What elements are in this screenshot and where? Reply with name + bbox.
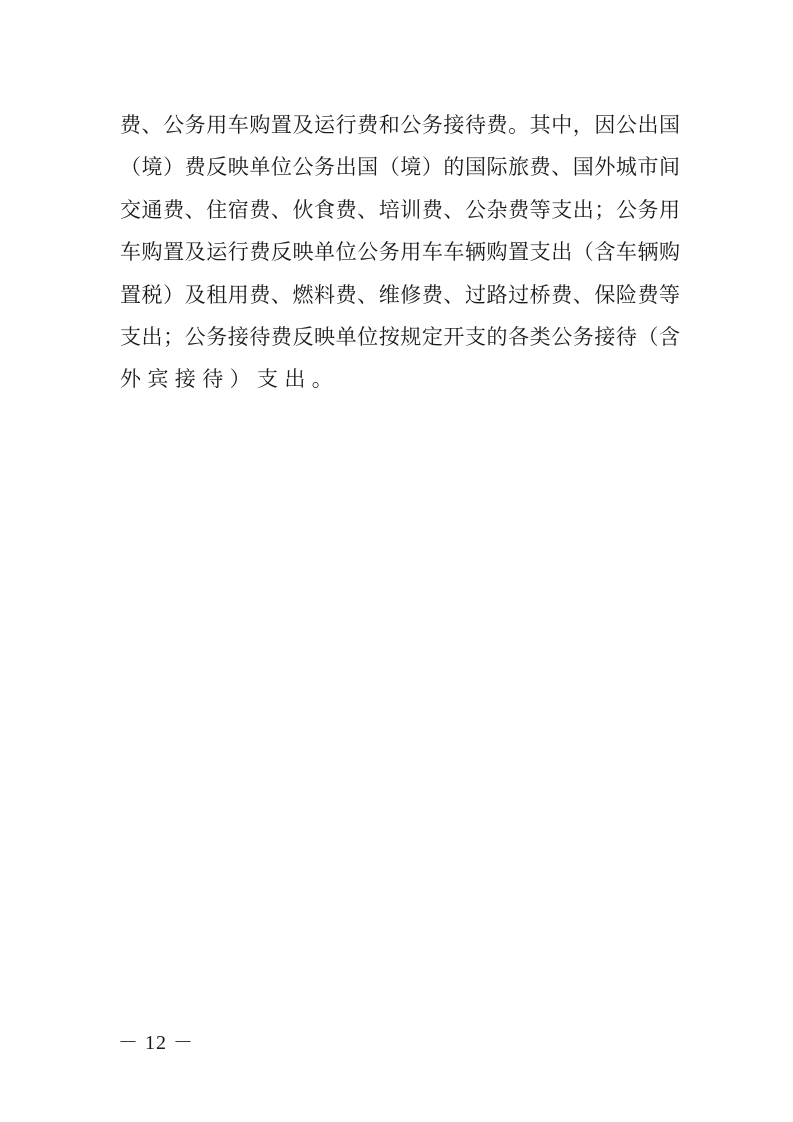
body-paragraph: 费、公务用车购置及运行费和公务接待费。其中，因公出国 （境）费反映单位公务出国（… — [120, 104, 680, 401]
paragraph-line: （境）费反映单位公务出国（境）的国际旅费、国外城市间 — [120, 146, 680, 188]
paragraph-line: 外宾接待）支出。 — [120, 358, 680, 400]
paragraph-line: 置税）及租用费、燃料费、维修费、过路过桥费、保险费等 — [120, 274, 680, 316]
paragraph-line: 交通费、住宿费、伙食费、培训费、公杂费等支出；公务用 — [120, 189, 680, 231]
document-page: 费、公务用车购置及运行费和公务接待费。其中，因公出国 （境）费反映单位公务出国（… — [0, 0, 793, 1122]
paragraph-line: 费、公务用车购置及运行费和公务接待费。其中，因公出国 — [120, 104, 680, 146]
paragraph-line: 车购置及运行费反映单位公务用车车辆购置支出（含车辆购 — [120, 231, 680, 273]
paragraph-line: 支出；公务接待费反映单位按规定开支的各类公务接待（含 — [120, 316, 680, 358]
page-number: － 12 － — [118, 1026, 194, 1055]
